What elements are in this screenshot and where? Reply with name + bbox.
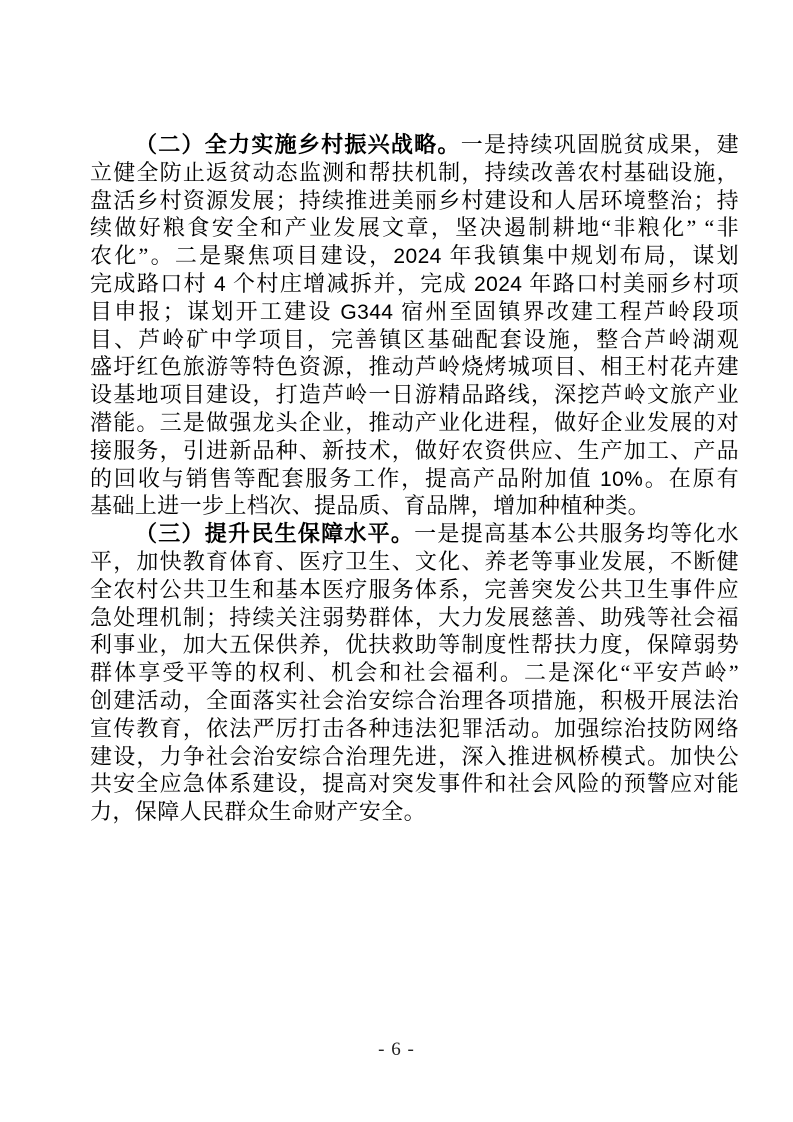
text-run: 完成路口村: [90, 271, 214, 296]
text-run: 年路口村美丽乡村项: [522, 271, 739, 296]
text-run: 。在原有: [643, 466, 739, 491]
text-run: 基础上进一步上档次、提品质、育品牌，增加种植种类。: [90, 493, 650, 518]
text-run: 利事业，加大五保供养，优扶救助等制度性帮扶力度，保障弱势: [90, 632, 739, 657]
latin-run: 2024: [393, 245, 441, 268]
text-line: （二）全力实施乡村振兴战略。一是持续巩固脱贫成果，建: [90, 131, 739, 159]
page-footer: - 6 -: [0, 1039, 793, 1061]
text-line: 农化”。二是聚焦项目建设，2024 年我镇集中规划布局，谋划: [90, 242, 739, 270]
text-run: 共安全应急体系建设，提高对突发事件和社会风险的预警应对能: [90, 771, 739, 796]
latin-run: G344: [340, 301, 393, 324]
text-run: 的回收与销售等配套服务工作，提高产品附加值: [90, 466, 600, 491]
text-run: 一是持续巩固脱贫成果，建: [461, 132, 739, 157]
heading-run: （二）全力实施乡村振兴战略。: [135, 132, 461, 157]
latin-run: 2024: [474, 273, 522, 296]
text-line: 创建活动，全面落实社会治安综合治理各项措施，积极开展法治: [90, 687, 739, 715]
text-line: 平，加快教育体育、医疗卫生、文化、养老等事业发展，不断健: [90, 548, 739, 576]
text-line: 潜能。三是做强龙头企业，推动产业化进程，做好企业发展的对: [90, 409, 739, 437]
latin-run: 4: [214, 273, 226, 296]
document-page: （二）全力实施乡村振兴战略。一是持续巩固脱贫成果，建立健全防止返贫动态监测和帮扶…: [0, 0, 793, 1122]
text-run: 设基地项目建设，打造芦岭一日游精品路线，深挖芦岭文旅产业: [90, 382, 739, 407]
text-line: 全农村公共卫生和基本医疗服务体系，完善突发公共卫生事件应: [90, 576, 739, 604]
text-run: 力，保障人民群众生命财产安全。: [90, 799, 426, 824]
text-run: 平，加快教育体育、医疗卫生、文化、养老等事业发展，不断健: [90, 549, 739, 574]
text-run: 一是提高基本公共服务均等化水: [414, 521, 739, 546]
latin-run: 10%: [600, 468, 643, 491]
text-line: 完成路口村 4 个村庄增减拆并，完成 2024 年路口村美丽乡村项: [90, 270, 739, 298]
text-line: 的回收与销售等配套服务工作，提高产品附加值 10%。在原有: [90, 465, 739, 493]
text-run: 盘活乡村资源发展；持续推进美丽乡村建设和人居环境整治；持: [90, 188, 739, 213]
text-run: 续做好粮食安全和产业发展文章，坚决遏制耕地“非粮化” “非: [90, 215, 739, 240]
text-run: 目申报；谋划开工建设: [90, 299, 340, 324]
paragraph-livelihood-security: （三）提升民生保障水平。一是提高基本公共服务均等化水平，加快教育体育、医疗卫生、…: [90, 520, 739, 826]
text-line: 目、芦岭矿中学项目，完善镇区基础配套设施，整合芦岭湖观光、: [90, 326, 739, 354]
text-run: 宿州至固镇界改建工程芦岭段项: [393, 299, 739, 324]
text-line: 接服务，引进新品种、新技术，做好农资供应、生产加工、产品: [90, 437, 739, 465]
text-line: 基础上进一步上档次、提品质、育品牌，增加种植种类。: [90, 492, 739, 520]
paragraph-rural-revitalization: （二）全力实施乡村振兴战略。一是持续巩固脱贫成果，建立健全防止返贫动态监测和帮扶…: [90, 131, 739, 520]
text-line: 设基地项目建设，打造芦岭一日游精品路线，深挖芦岭文旅产业: [90, 381, 739, 409]
text-run: 个村庄增减拆并，完成: [226, 271, 474, 296]
text-line: 立健全防止返贫动态监测和帮扶机制，持续改善农村基础设施，: [90, 159, 739, 187]
text-run: 潜能。三是做强龙头企业，推动产业化进程，做好企业发展的对: [90, 410, 739, 435]
text-line: 利事业，加大五保供养，优扶救助等制度性帮扶力度，保障弱势: [90, 631, 739, 659]
document-body: （二）全力实施乡村振兴战略。一是持续巩固脱贫成果，建立健全防止返贫动态监测和帮扶…: [90, 131, 739, 826]
text-line: 盘活乡村资源发展；持续推进美丽乡村建设和人居环境整治；持: [90, 187, 739, 215]
text-run: 目、芦岭矿中学项目，完善镇区基础配套设施，整合芦岭湖观光、: [90, 327, 739, 354]
heading-run: （三）提升民生保障水平。: [135, 521, 414, 546]
text-run: 盛圩红色旅游等特色资源，推动芦岭烧烤城项目、相王村花卉建: [90, 354, 739, 379]
text-line: 续做好粮食安全和产业发展文章，坚决遏制耕地“非粮化” “非: [90, 214, 739, 242]
text-run: 急处理机制；持续关注弱势群体，大力发展慈善、助残等社会福: [90, 605, 739, 630]
text-line: 目申报；谋划开工建设 G344 宿州至固镇界改建工程芦岭段项: [90, 298, 739, 326]
text-line: 共安全应急体系建设，提高对突发事件和社会风险的预警应对能: [90, 770, 739, 798]
text-run: 农化”。二是聚焦项目建设，: [90, 243, 393, 268]
text-run: 建设，力争社会治安综合治理先进，深入推进枫桥模式。加快公: [90, 744, 739, 769]
page-number: - 6 -: [378, 1039, 415, 1060]
text-line: 力，保障人民群众生命财产安全。: [90, 798, 739, 826]
text-run: 宣传教育，依法严厉打击各种违法犯罪活动。加强综治技防网络: [90, 716, 739, 741]
text-line: 急处理机制；持续关注弱势群体，大力发展慈善、助残等社会福: [90, 604, 739, 632]
text-run: 群体享受平等的权利、机会和社会福利。二是深化“平安芦岭”: [90, 660, 739, 685]
text-line: 群体享受平等的权利、机会和社会福利。二是深化“平安芦岭”: [90, 659, 739, 687]
text-run: 创建活动，全面落实社会治安综合治理各项措施，积极开展法治: [90, 688, 739, 713]
text-line: 宣传教育，依法严厉打击各种违法犯罪活动。加强综治技防网络: [90, 715, 739, 743]
text-run: 全农村公共卫生和基本医疗服务体系，完善突发公共卫生事件应: [90, 577, 739, 602]
text-run: 立健全防止返贫动态监测和帮扶机制，持续改善农村基础设施，: [90, 160, 739, 185]
text-line: 盛圩红色旅游等特色资源，推动芦岭烧烤城项目、相王村花卉建: [90, 353, 739, 381]
text-run: 接服务，引进新品种、新技术，做好农资供应、生产加工、产品: [90, 438, 739, 463]
text-line: 建设，力争社会治安综合治理先进，深入推进枫桥模式。加快公: [90, 743, 739, 771]
text-line: （三）提升民生保障水平。一是提高基本公共服务均等化水: [90, 520, 739, 548]
text-run: 年我镇集中规划布局，谋划: [442, 243, 739, 268]
